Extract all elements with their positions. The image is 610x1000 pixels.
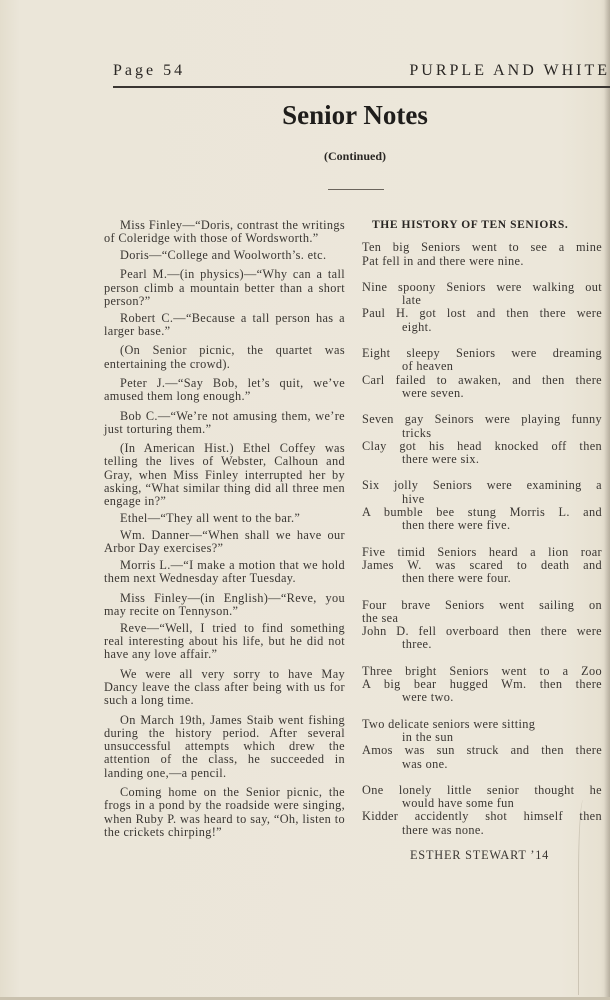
poem-stanza: Six jolly Seniors were examining a hive …	[362, 479, 602, 532]
note-paragraph: Pearl M.—(in physics)—“Why can a tall pe…	[104, 268, 345, 308]
stanza-line: John D. fell overboard then there were	[362, 625, 602, 638]
note-paragraph: Peter J.—“Say Bob, let’s quit, we’ve amu…	[104, 377, 345, 404]
stanza-line: One lonely little senior thought he	[362, 784, 602, 797]
stanza-line-continuation: then there were four.	[362, 572, 602, 585]
stanza-line: Kidder accidently shot himself then	[362, 810, 602, 823]
note-paragraph: Coming home on the Senior picnic, the fr…	[104, 786, 345, 839]
poem-stanza: Ten big Seniors went to see a mine Pat f…	[362, 241, 602, 268]
note-paragraph: (In American Hist.) Ethel Coffey was tel…	[104, 442, 345, 508]
stanza-line: Nine spoony Seniors were walking out	[362, 281, 602, 294]
stanza-line: Three bright Seniors went to a Zoo	[362, 665, 602, 678]
poem-stanza: Seven gay Seinors were playing funny tri…	[362, 413, 602, 466]
stanza-line: Seven gay Seinors were playing funny	[362, 413, 602, 426]
stanza-line: A bumble bee stung Morris L. and	[362, 506, 602, 519]
note-paragraph: Bob C.—“We’re not amusing them, we’re ju…	[104, 410, 345, 437]
author-signature: ESTHER STEWART ’14	[410, 848, 549, 863]
stanza-line: Six jolly Seniors were examining a	[362, 479, 602, 492]
running-header: Page 54 PURPLE AND WHITE	[113, 62, 610, 84]
note-paragraph: Doris—“College and Woolworth’s. etc.	[104, 249, 345, 262]
stanza-line-continuation: hive	[362, 493, 602, 506]
page: Page 54 PURPLE AND WHITE Senior Notes (C…	[0, 0, 610, 1000]
stanza-line: Clay got his head knocked off then	[362, 440, 602, 453]
stanza-line-continuation: eight.	[362, 321, 602, 334]
stanza-line: James W. was scared to death and	[362, 559, 602, 572]
publication-title: PURPLE AND WHITE	[409, 62, 610, 80]
note-paragraph: Miss Finley—(in English)—“Reve, you may …	[104, 592, 345, 619]
stanza-line: Ten big Seniors went to see a mine	[362, 241, 602, 254]
poem-heading: THE HISTORY OF TEN SENIORS.	[372, 219, 602, 232]
stanza-line-continuation: the sea	[362, 612, 602, 625]
stanza-line-continuation: was one.	[362, 758, 602, 771]
note-paragraph: Morris L.—“I make a motion that we hold …	[104, 559, 345, 586]
stanza-line-continuation: would have some fun	[362, 797, 602, 810]
note-paragraph: Ethel—“They all went to the bar.”	[104, 512, 345, 525]
stanza-line: Eight sleepy Seniors were dreaming	[362, 347, 602, 360]
left-column: Miss Finley—“Doris, contrast the writing…	[104, 219, 345, 843]
note-paragraph: Reve—“Well, I tried to find something re…	[104, 622, 345, 662]
article-title: Senior Notes	[0, 100, 610, 131]
stanza-line: Five timid Seniors heard a lion roar	[362, 546, 602, 559]
stanza-line-continuation: there was none.	[362, 824, 602, 837]
stanza-line: Carl failed to awaken, and then there	[362, 374, 602, 387]
note-paragraph: (On Senior picnic, the quartet was enter…	[104, 344, 345, 371]
note-paragraph: Robert C.—“Because a tall person has a l…	[104, 312, 345, 339]
poem-stanza: One lonely little senior thought he woul…	[362, 784, 602, 837]
stanza-line-continuation: were seven.	[362, 387, 602, 400]
right-column: THE HISTORY OF TEN SENIORS. Ten big Seni…	[362, 219, 602, 850]
note-paragraph: Miss Finley—“Doris, contrast the writing…	[104, 219, 345, 246]
note-paragraph: On March 19th, James Staib went fishing …	[104, 714, 345, 780]
stanza-line: A big bear hugged Wm. then there	[362, 678, 602, 691]
note-paragraph: Wm. Danner—“When shall we have our Arbor…	[104, 529, 345, 556]
stanza-line-continuation: there were six.	[362, 453, 602, 466]
stanza-line-continuation: then there were five.	[362, 519, 602, 532]
stanza-line-continuation: tricks	[362, 427, 602, 440]
stanza-line: Pat fell in and there were nine.	[362, 255, 602, 268]
poem-stanza: Four brave Seniors went sailing on the s…	[362, 599, 602, 652]
page-number: Page 54	[113, 62, 185, 80]
title-divider	[328, 189, 384, 190]
poem-stanza: Nine spoony Seniors were walking out lat…	[362, 281, 602, 334]
stanza-line: Four brave Seniors went sailing on	[362, 599, 602, 612]
stanza-line: Paul H. got lost and then there were	[362, 307, 602, 320]
header-rule	[113, 86, 610, 88]
stanza-line: Amos was sun struck and then there	[362, 744, 602, 757]
stanza-line-continuation: three.	[362, 638, 602, 651]
stanza-line-continuation: late	[362, 294, 602, 307]
stanza-line: Two delicate seniors were sitting	[362, 718, 602, 731]
stanza-line-continuation: in the sun	[362, 731, 602, 744]
poem-stanza: Five timid Seniors heard a lion roar Jam…	[362, 546, 602, 586]
poem-stanza: Two delicate seniors were sitting in the…	[362, 718, 602, 771]
poem-stanza: Eight sleepy Seniors were dreaming of he…	[362, 347, 602, 400]
article-subtitle: (Continued)	[0, 149, 610, 164]
stanza-line-continuation: were two.	[362, 691, 602, 704]
poem-stanza: Three bright Seniors went to a Zoo A big…	[362, 665, 602, 705]
stanza-line-continuation: of heaven	[362, 360, 602, 373]
note-paragraph: We were all very sorry to have May Dancy…	[104, 668, 345, 708]
